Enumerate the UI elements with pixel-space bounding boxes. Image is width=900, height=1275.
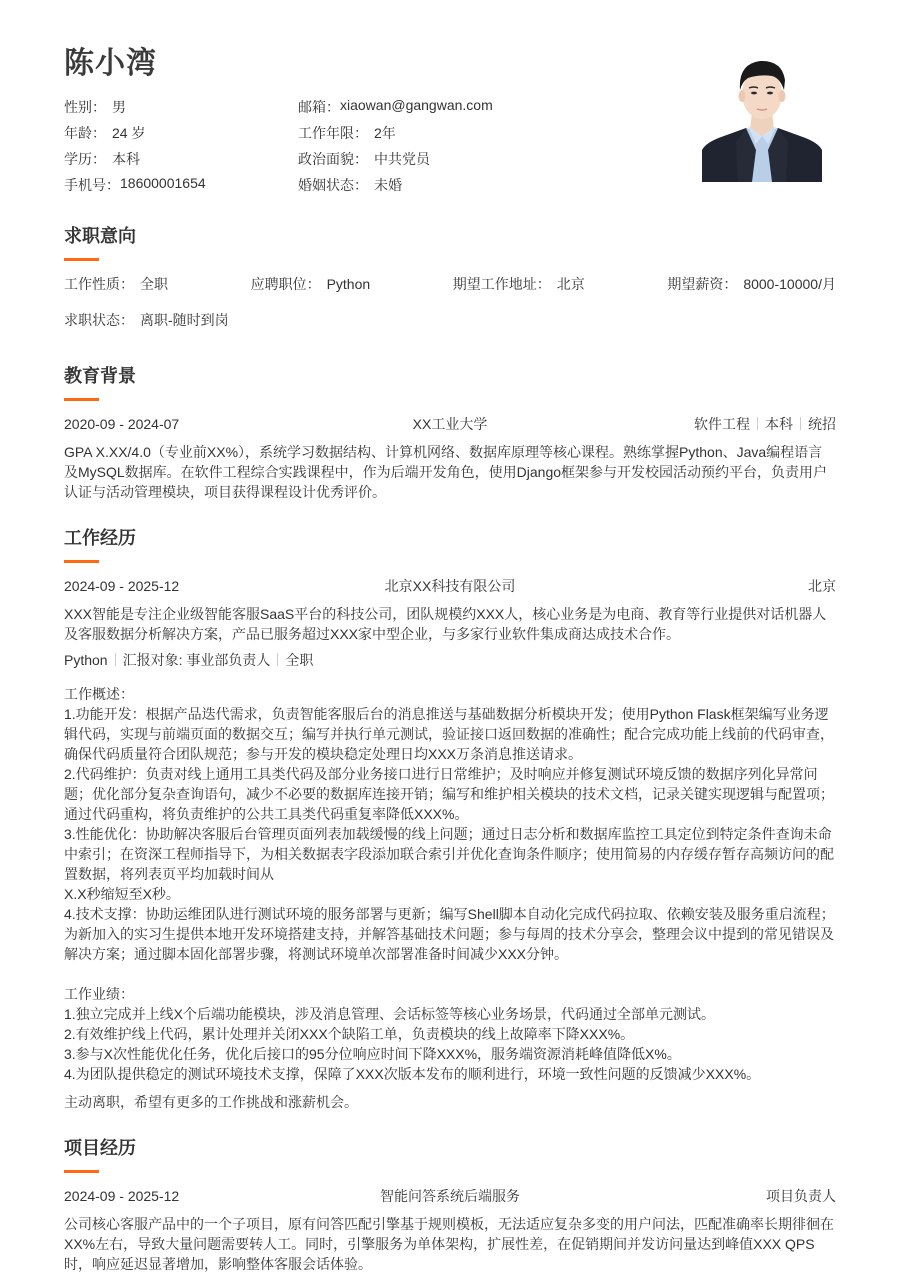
education-level-field: 学历：本科 (64, 149, 298, 169)
political-status-label: 政治面貌： (298, 149, 368, 169)
candidate-name: 陈小湾 (64, 38, 157, 82)
work-location: 北京 (808, 576, 836, 596)
marital-status-value: 未婚 (374, 175, 402, 195)
political-status-field: 政治面貌：中共党员 (298, 149, 430, 169)
phone-field: 手机号：18600001654 (64, 175, 298, 195)
achievement-item: 1.独立完成并上线X个后端功能模块，涉及消息管理、会话标签等核心业务场景，代码通… (64, 1004, 836, 1024)
project-role: 项目负责人 (766, 1186, 836, 1206)
job-intent-row: 工作性质：全职 应聘职位：Python 期望工作地址：北京 期望薪资：8000-… (64, 274, 836, 294)
job-type-value: 全职 (140, 276, 168, 292)
political-status-value: 中共党员 (374, 149, 430, 169)
gender-field: 性别：男 (64, 97, 298, 117)
education-level-value: 本科 (112, 149, 140, 169)
section-title-education: 教育背景 (64, 364, 836, 388)
section-title-project: 项目经历 (64, 1136, 836, 1160)
basic-info-row: 学历：本科 政治面貌：中共党员 (64, 146, 624, 172)
job-intent-section: 求职意向 工作性质：全职 应聘职位：Python 期望工作地址：北京 期望薪资：… (64, 224, 836, 330)
position-field: 应聘职位：Python (251, 274, 371, 294)
work-period: 2024-09 - 2025-12 (64, 576, 179, 596)
age-label: 年龄： (64, 123, 106, 143)
tag-divider (757, 417, 758, 430)
education-section: 教育背景 2020-09 - 2024-07 XX工业大学 软件工程本科统招 G… (64, 364, 836, 502)
phone-label: 手机号： (64, 175, 120, 195)
job-type-field: 工作性质：全职 (64, 274, 168, 294)
project-description: 公司核心客服产品中的一个子项目，原有问答匹配引擎基于规则模板，无法适应复杂多变的… (64, 1214, 836, 1274)
position-label: 应聘职位： (251, 276, 321, 292)
portrait-icon (702, 50, 822, 182)
company-name: 北京XX科技有限公司 (385, 578, 516, 594)
position-value: Python (327, 276, 371, 292)
job-status-field: 求职状态：离职-随时到岗 (64, 310, 229, 330)
project-header: 2024-09 - 2025-12 智能问答系统后端服务 项目负责人 (64, 1186, 836, 1206)
education-description: GPA X.XX/4.0（专业前XX%），系统学习数据结构、计算机网络、数据库原… (64, 442, 836, 502)
job-status-label: 求职状态： (64, 312, 134, 328)
gender-value: 男 (112, 97, 126, 117)
degree-tag: 本科 (765, 416, 793, 432)
basic-info-row: 性别：男 邮箱：xiaowan@gangwan.com (64, 94, 624, 120)
education-tags: 软件工程本科统招 (694, 414, 836, 434)
work-section: 工作经历 2024-09 - 2025-12 北京XX科技有限公司 北京 XXX… (64, 526, 836, 1112)
basic-info-row: 手机号：18600001654 婚姻状态：未婚 (64, 172, 624, 198)
project-period: 2024-09 - 2025-12 (64, 1186, 179, 1206)
overview-item: 1.功能开发：根据产品迭代需求，负责智能客服后台的消息推送与基础数据分析模块开发… (64, 704, 836, 764)
education-period: 2020-09 - 2024-07 (64, 414, 179, 434)
overview-item: 2.代码维护：负责对线上通用工具类代码及部分业务接口进行日常维护；及时响应并修复… (64, 764, 836, 824)
age-field: 年龄：24 岁 (64, 123, 298, 143)
marital-status-field: 婚姻状态：未婚 (298, 175, 402, 195)
basic-info-row: 年龄：24 岁 工作年限：2年 (64, 120, 624, 146)
email-value[interactable]: xiaowan@gangwan.com (340, 97, 493, 117)
overview-item: 4.技术支撑：协助运维团队进行测试环境的服务部署与更新；编写Shell脚本自动化… (64, 904, 836, 964)
section-title-work: 工作经历 (64, 526, 836, 550)
achievement-item: 4.为团队提供稳定的测试环境技术支撑，保障了XXX次版本发布的顺利进行，环境一致… (64, 1064, 836, 1084)
education-header: 2020-09 - 2024-07 XX工业大学 软件工程本科统招 (64, 414, 836, 434)
resume-page: 陈小湾 性别：男 邮箱：xiaowan@gangwan.com 年龄：24 岁 … (0, 0, 900, 1275)
employment-type-tag: 全职 (285, 652, 313, 668)
overview-title: 工作概述： (64, 684, 836, 704)
email-label: 邮箱： (298, 97, 340, 117)
achievement-item: 3.参与X次性能优化任务，优化后接口的95分位响应时间下降XXX%，服务端资源消… (64, 1044, 836, 1064)
overview-item: X.X秒缩短至X秒。 (64, 884, 836, 904)
tag-divider (800, 417, 801, 430)
location-label: 期望工作地址： (453, 276, 551, 292)
job-intent-row: 求职状态：离职-随时到岗 (64, 310, 836, 330)
work-years-label: 工作年限： (298, 123, 368, 143)
location-field: 期望工作地址：北京 (453, 274, 585, 294)
tag-divider (277, 653, 278, 666)
age-value: 24 岁 (112, 123, 145, 143)
major-tag: 软件工程 (694, 416, 750, 432)
overview-item: 3.性能优化：协助解决客服后台管理页面列表加载缓慢的线上问题；通过日志分析和数据… (64, 824, 836, 884)
company-intro: XXX智能是专注企业级智能客服SaaS平台的科技公司，团队规模约XXX人，核心业… (64, 604, 836, 644)
section-title-job-intent: 求职意向 (64, 224, 836, 248)
leave-reason: 主动离职，希望有更多的工作挑战和涨薪机会。 (64, 1092, 836, 1112)
work-header: 2024-09 - 2025-12 北京XX科技有限公司 北京 (64, 576, 836, 596)
basic-info: 性别：男 邮箱：xiaowan@gangwan.com 年龄：24 岁 工作年限… (64, 94, 624, 198)
salary-label: 期望薪资： (667, 276, 737, 292)
project-section: 项目经历 2024-09 - 2025-12 智能问答系统后端服务 项目负责人 … (64, 1136, 836, 1274)
enrollment-tag: 统招 (808, 416, 836, 432)
achievement-item: 2.有效维护线上代码，累计处理并关闭XXX个缺陷工单，负责模块的线上故障率下降X… (64, 1024, 836, 1044)
email-field: 邮箱：xiaowan@gangwan.com (298, 97, 493, 117)
work-years-field: 工作年限：2年 (298, 123, 396, 143)
education-level-label: 学历： (64, 149, 106, 169)
salary-field: 期望薪资：8000-10000/月 (667, 274, 836, 294)
report-to-tag: 汇报对象: 事业部负责人 (123, 652, 271, 668)
project-name: 智能问答系统后端服务 (380, 1188, 520, 1204)
tech-stack-tag: Python (64, 652, 108, 668)
gender-label: 性别： (64, 97, 106, 117)
school-name: XX工业大学 (413, 416, 488, 432)
work-years-value: 2年 (374, 123, 396, 143)
phone-value[interactable]: 18600001654 (120, 175, 206, 195)
job-type-label: 工作性质： (64, 276, 134, 292)
work-tags: Python汇报对象: 事业部负责人全职 (64, 650, 836, 670)
achievements-title: 工作业绩： (64, 984, 836, 1004)
marital-status-label: 婚姻状态： (298, 175, 368, 195)
tag-divider (115, 653, 116, 666)
salary-value: 8000-10000/月 (743, 276, 836, 292)
location-value: 北京 (557, 276, 585, 292)
job-status-value: 离职-随时到岗 (140, 312, 229, 328)
profile-photo (702, 50, 822, 182)
